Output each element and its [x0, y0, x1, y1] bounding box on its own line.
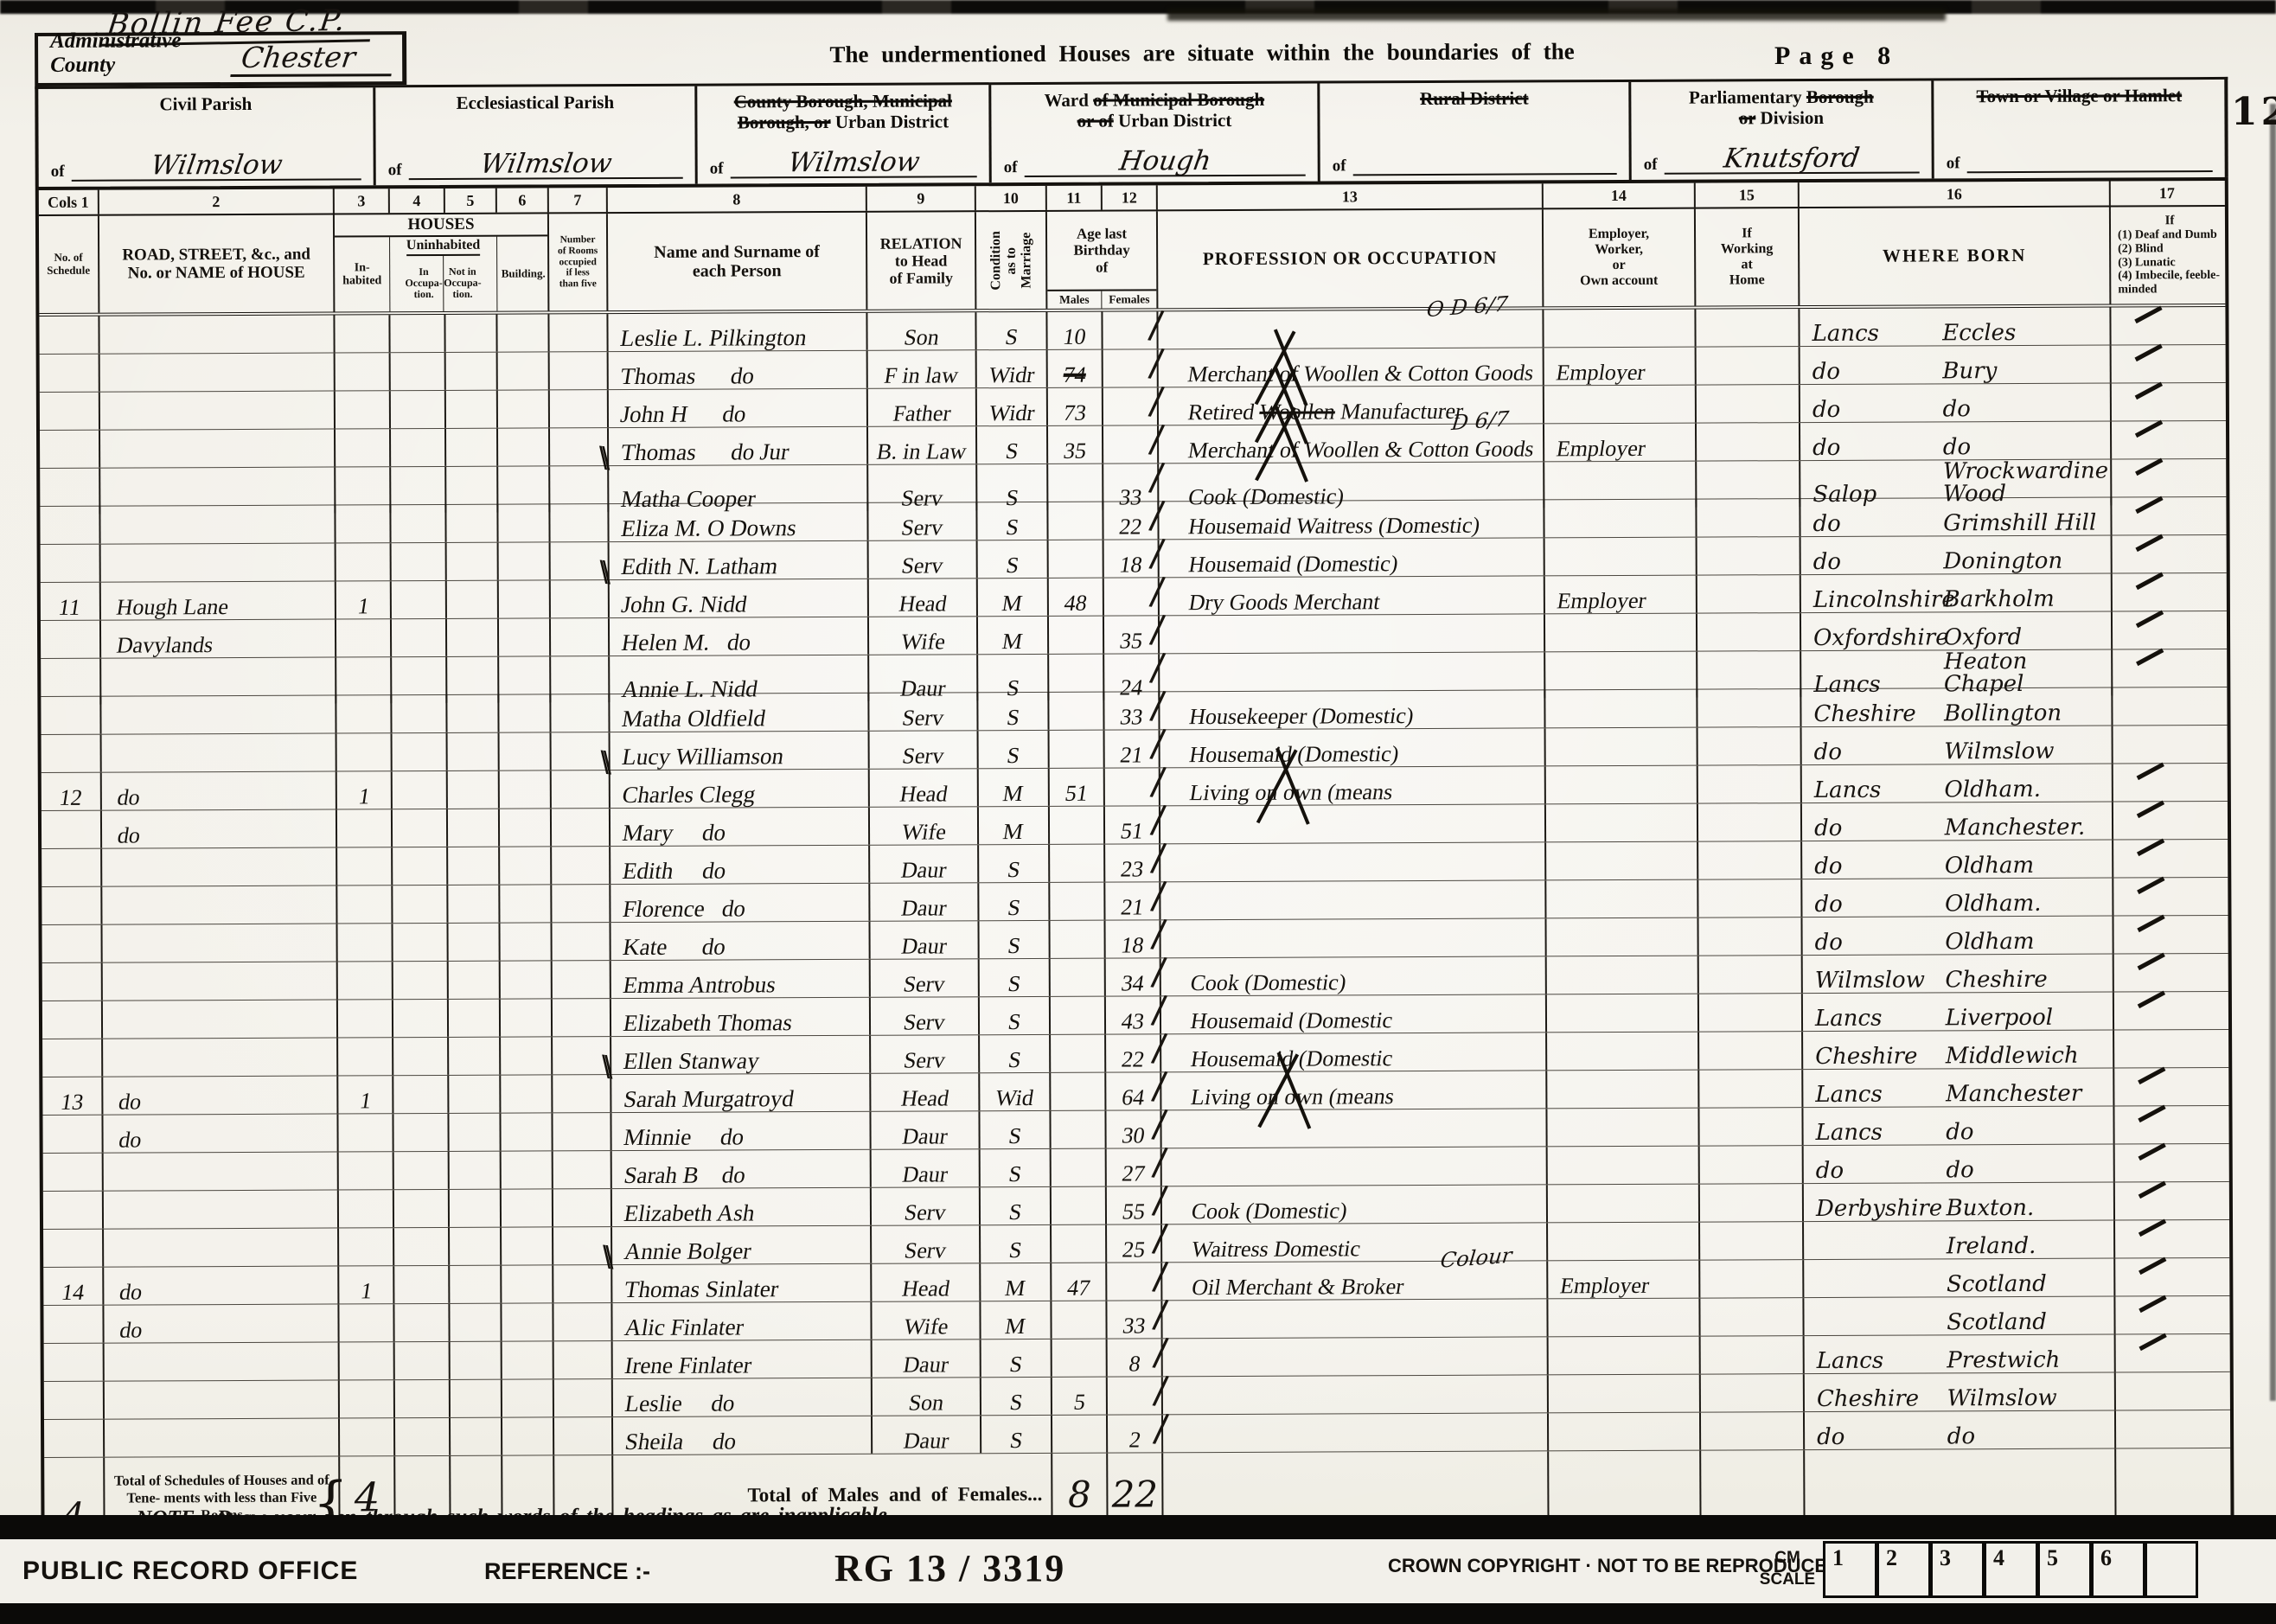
- working-at-home-cell: [1698, 841, 1802, 879]
- where-born-cell: LancsManchester: [1803, 1069, 2114, 1108]
- parish-cell-ward-of-urban-district: Ward of Municipal Boroughor of Urban Dis…: [991, 84, 1320, 183]
- uninhabited-not-in-occupation-cell: [446, 505, 498, 542]
- born-place: Barkholm: [1943, 588, 2110, 611]
- person-name-cell: Thomas do: [609, 351, 868, 389]
- infirmity-cell: [2115, 1296, 2228, 1334]
- building-cell: [497, 314, 549, 351]
- born-place: Scotland: [1947, 1311, 2113, 1334]
- infirmity-cell: [2115, 1258, 2228, 1296]
- rooms-cell: \\: [553, 1227, 612, 1264]
- age-male-cell: [1050, 807, 1105, 844]
- where-born-cell: doOldham.: [1802, 879, 2113, 917]
- occupation-cell: /Oil Merchant & BrokerColour: [1162, 1261, 1548, 1300]
- record-office-strip: PUBLIC RECORD OFFICE REFERENCE :- RG 13 …: [0, 1539, 2276, 1603]
- born-county: Wilmslow: [1803, 969, 1946, 992]
- infirmity-dash-mark: [2134, 306, 2162, 323]
- rooms-cell: [554, 1417, 613, 1455]
- schedule-number-cell: 12: [42, 773, 102, 810]
- condition-cell: M: [979, 807, 1050, 844]
- employer-cell: [1544, 500, 1697, 538]
- infirmity-cell: [2113, 573, 2225, 611]
- working-at-home-cell: [1701, 1374, 1805, 1412]
- column-number-7: 7: [549, 188, 608, 212]
- relation-cell: Father: [868, 388, 977, 426]
- parish-label-line: Ward of Municipal Borough: [998, 89, 1310, 112]
- uninhabited-not-in-occupation-cell: [450, 1266, 502, 1303]
- schedule-number-cell: [41, 621, 101, 658]
- born-county: do: [1800, 512, 1943, 535]
- employer-cell: [1545, 690, 1697, 728]
- person-name-cell: Ellen Stanway: [611, 1036, 871, 1074]
- building-cell: [500, 770, 552, 808]
- uninhabited-in-occupation-cell: [394, 1152, 450, 1189]
- inhabited-cell: [336, 619, 392, 656]
- infirmity-dash-mark: [2137, 915, 2164, 932]
- working-at-home-cell: [1698, 803, 1802, 841]
- infirmity-cell: [2113, 764, 2226, 802]
- cm-scale-label: CM SCALE: [1757, 1548, 1818, 1590]
- parish-value-line: ofKnutsford: [1644, 144, 1920, 174]
- uninhabited-in-occupation-cell: [391, 505, 446, 542]
- born-county: Lancs: [1802, 778, 1945, 802]
- employer-cell: [1546, 804, 1698, 842]
- relation-cell: Serv: [870, 731, 979, 769]
- infirmity-cell: [2112, 421, 2224, 459]
- occupation-cell: /: [1160, 842, 1546, 881]
- born-county: Cheshire: [1803, 1045, 1946, 1068]
- building-cell: [502, 1417, 554, 1455]
- relation-cell: Serv: [871, 959, 980, 997]
- person-name-cell: Charles Clegg: [611, 770, 870, 808]
- ruler-tick: 1: [1823, 1541, 1876, 1598]
- uninhabited-not-in-occupation-cell: [447, 581, 499, 618]
- born-place: do: [1943, 436, 2110, 459]
- born-county: do: [1802, 892, 1945, 916]
- born-place: Eccles: [1942, 322, 2109, 345]
- parish-label: Town or Village or Hamlet: [1940, 85, 2217, 107]
- parish-label-line: Borough, or Urban District: [704, 111, 981, 133]
- uninhabited-in-occupation-cell: [393, 962, 449, 999]
- administrative-county-label: Administrative County: [50, 29, 221, 78]
- person-name-cell: Emma Antrobus: [611, 960, 871, 998]
- page-number: Page 8: [1774, 42, 1899, 71]
- age-male-cell: [1051, 959, 1106, 996]
- uninhabited-not-in-occupation-cell: [448, 771, 500, 809]
- uninhabited-in-occupation-cell: [392, 619, 447, 656]
- infirmity-dash-mark: [2136, 611, 2164, 628]
- born-place: Manchester: [1946, 1083, 2113, 1106]
- working-at-home-cell: [1699, 1032, 1803, 1070]
- infirmity-cell: [2113, 916, 2226, 954]
- infirmity-dash-mark: [2135, 382, 2163, 400]
- condition-cell: S: [980, 1111, 1051, 1148]
- schedule-number-cell: [39, 316, 99, 354]
- relation-cell: Daur: [871, 1111, 980, 1149]
- born-county: do: [1801, 550, 1944, 573]
- uninhabited-in-occupation-cell: [393, 886, 448, 923]
- born-place: Ireland.: [1947, 1235, 2113, 1258]
- born-county: do: [1805, 1425, 1947, 1448]
- building-cell: [500, 923, 552, 960]
- building-cell: [501, 1075, 553, 1112]
- header-infirmities-item: (4) Imbecile, feeble- minded: [2118, 269, 2220, 297]
- uninhabited-in-occupation-cell: [395, 1342, 451, 1379]
- public-record-office-label: PUBLIC RECORD OFFICE: [22, 1557, 358, 1586]
- uninhabited-not-in-occupation-cell: [446, 391, 498, 428]
- inhabited-cell: [340, 1342, 395, 1379]
- where-born-cell: CheshireWilmslow: [1805, 1373, 2116, 1412]
- where-born-cell: WilmslowCheshire: [1803, 955, 2114, 994]
- born-place: Scotland: [1947, 1273, 2113, 1296]
- age-male-cell: [1050, 731, 1105, 768]
- born-county: Cheshire: [1805, 1387, 1947, 1410]
- occupation-cell: /O D 6/7: [1158, 310, 1544, 348]
- parish-value: [1967, 170, 2213, 173]
- where-born-cell: Ireland.: [1804, 1221, 2115, 1260]
- relation-cell: Daur: [873, 1416, 981, 1454]
- occupation-cell: /Dry Goods Merchant: [1160, 576, 1545, 615]
- schedule-number-cell: [43, 1306, 104, 1343]
- of-word: of: [710, 160, 724, 179]
- building-cell: [502, 1341, 554, 1378]
- working-at-home-cell: [1701, 1412, 1805, 1450]
- header-uninhabited: Uninhabited: [406, 237, 480, 256]
- rooms-cell: [549, 314, 608, 351]
- building-cell: [502, 1189, 553, 1226]
- schedule-number-cell: [40, 393, 100, 430]
- parish-label: Ecclesiastical Parish: [382, 92, 687, 114]
- header-in-occupation: In Occupa- tion.: [405, 256, 444, 312]
- uninhabited-not-in-occupation-cell: [449, 1038, 501, 1075]
- infirmity-dash-mark: [2137, 763, 2164, 780]
- building-cell: [501, 1113, 553, 1150]
- of-word: of: [1947, 154, 1960, 173]
- infirmity-cell: [2113, 535, 2225, 573]
- where-born-cell: dodo: [1800, 422, 2112, 461]
- condition-cell: S: [979, 921, 1050, 958]
- uninhabited-in-occupation-cell: [391, 391, 446, 428]
- uninhabited-in-occupation-cell: [392, 543, 447, 580]
- schedule-number-cell: [43, 1192, 104, 1229]
- employer-cell: [1549, 1413, 1701, 1451]
- uninhabited-not-in-occupation-cell: [451, 1418, 502, 1455]
- parish-label-line: Town or Village or Hamlet: [1940, 85, 2217, 107]
- where-born-cell: LincolnshireBarkholm: [1801, 574, 2113, 613]
- employer-cell: Employer: [1548, 1261, 1700, 1299]
- employer-cell: Employer: [1544, 348, 1697, 386]
- label-part: or: [1739, 107, 1756, 128]
- parish-cell-civil-parish: Civil ParishofWilmslow: [38, 87, 375, 187]
- working-at-home-cell: [1697, 499, 1800, 537]
- working-at-home-cell: [1700, 1260, 1804, 1298]
- header-employer-worker: Employer, Worker, or Own account: [1544, 209, 1696, 307]
- occupation-cell: /: [1160, 614, 1545, 653]
- condition-cell: S: [981, 1187, 1052, 1224]
- relation-cell: Wife: [870, 807, 979, 845]
- form-title: The undermentioned Houses are situate wi…: [657, 37, 1747, 68]
- uninhabited-in-occupation-cell: [393, 1114, 449, 1151]
- person-name-cell: Thomas Sinlater: [612, 1264, 872, 1302]
- building-cell: [499, 580, 551, 617]
- parish-value: Wilmslow: [408, 150, 682, 180]
- employer-cell: [1549, 1375, 1701, 1413]
- schedule-number-cell: [44, 1420, 105, 1457]
- infirmity-cell: [2114, 992, 2227, 1030]
- label-part: Ward: [1045, 90, 1094, 111]
- road-name-cell: [100, 505, 336, 543]
- parish-label-line: County Borough, Municipal: [704, 90, 981, 112]
- building-cell: [498, 352, 550, 389]
- schedule-number-cell: [44, 1382, 105, 1419]
- born-place: do: [1946, 1121, 2113, 1144]
- infirmity-dash-mark: [2138, 953, 2165, 970]
- header-infirmities: If(1) Deaf and Dumb(2) Blind(3) Lunatic(…: [2111, 207, 2223, 304]
- occupation-cell: /Housemaid (Domestic): [1160, 538, 1545, 577]
- born-place: Oldham: [1945, 930, 2112, 954]
- condition-cell: S: [978, 693, 1049, 730]
- parish-label-line: Rural District: [1327, 87, 1621, 110]
- label-part: Civil Parish: [159, 93, 252, 114]
- rooms-cell: [553, 1303, 612, 1340]
- born-county: do: [1804, 1159, 1947, 1182]
- schedule-number-cell: [44, 1344, 105, 1381]
- column-number-12: 12: [1103, 185, 1158, 209]
- born-place: Prestwich: [1947, 1349, 2113, 1372]
- age-male-cell: [1049, 693, 1104, 730]
- infirmity-dash-mark: [2135, 420, 2163, 438]
- born-place: Grimshill Hill: [1943, 512, 2110, 535]
- uninhabited-in-occupation-cell: [394, 1228, 450, 1265]
- uninhabited-in-occupation-cell: [392, 581, 447, 618]
- working-at-home-cell: [1699, 956, 1803, 994]
- road-name-cell: [103, 1038, 338, 1076]
- column-number-9: 9: [867, 186, 976, 211]
- infirmity-dash-mark: [2137, 839, 2164, 856]
- person-name-cell: Thomas do Jur: [609, 427, 868, 465]
- where-born-cell: doOldham: [1802, 841, 2113, 879]
- age-male-cell: [1051, 1111, 1106, 1148]
- relation-cell: Serv: [872, 1225, 981, 1263]
- born-place: Cheshire: [1945, 969, 2112, 992]
- occupation-cell: /Merchant of Woollen & Cotton Goods: [1159, 348, 1544, 387]
- born-place: do: [1946, 1159, 2113, 1182]
- age-male-cell: [1048, 502, 1103, 540]
- parish-value-line: ofWilmslow: [388, 150, 683, 180]
- rooms-cell: [550, 504, 609, 541]
- where-born-cell: doDonington: [1801, 536, 2113, 575]
- administrative-county-value: Chester: [231, 40, 396, 77]
- occupation-cell: /Cook (Domestic): [1161, 956, 1547, 995]
- infirmity-cell: [2113, 611, 2225, 649]
- column-number-15: 15: [1696, 182, 1800, 208]
- born-county: Lancs: [1800, 322, 1942, 345]
- relation-cell: Serv: [871, 1035, 980, 1073]
- occupation-cell: /Housemaid (Domestic): [1160, 728, 1546, 767]
- inhabited-cell: [338, 1000, 393, 1037]
- uninhabited-in-occupation-cell: [393, 924, 448, 961]
- schedule-number-cell: [42, 963, 103, 1001]
- employer-cell: [1547, 956, 1699, 994]
- inhabited-cell: 1: [338, 1076, 393, 1113]
- age-male-cell: 35: [1048, 426, 1103, 464]
- road-name-cell: [105, 1342, 340, 1380]
- parish-cell-parliamentary-division: Parliamentary Boroughor DivisionofKnutsf…: [1631, 80, 1934, 180]
- born-place: Bollington: [1944, 702, 2111, 726]
- employer-cell: [1544, 386, 1697, 424]
- age-male-cell: [1052, 1187, 1107, 1224]
- occupation-cell: /Cook (Domestic): [1162, 1185, 1548, 1224]
- condition-cell: Wid: [980, 1073, 1051, 1110]
- uninhabited-not-in-occupation-cell: [450, 1190, 502, 1227]
- header-age-group: Age last Birthday of Males Females: [1047, 211, 1158, 309]
- working-at-home-cell: [1698, 727, 1802, 765]
- occupation-cell: /: [1160, 880, 1546, 919]
- person-name-cell: Florence do: [611, 884, 870, 922]
- born-place: Donington: [1943, 550, 2110, 573]
- born-place: do: [1943, 398, 2110, 421]
- header-infirmities-item: (1) Deaf and Dumb: [2118, 228, 2217, 242]
- condition-cell: S: [980, 1035, 1051, 1072]
- person-name-cell: Edith N. Latham: [610, 541, 869, 579]
- employer-cell: [1546, 766, 1698, 804]
- inhabited-cell: [337, 809, 393, 847]
- ruler-tick: 2: [1876, 1541, 1930, 1598]
- of-word: of: [1004, 158, 1018, 177]
- born-county: Derbyshire: [1804, 1197, 1947, 1220]
- schedule-number-cell: [42, 1039, 103, 1077]
- occupation-cell: /: [1160, 804, 1546, 843]
- born-place: Bury: [1942, 360, 2109, 383]
- schedule-number-cell: 13: [42, 1077, 103, 1115]
- rooms-cell: [551, 694, 610, 732]
- parish-label: Ward of Municipal Boroughor of Urban Dis…: [998, 89, 1310, 132]
- born-county: do: [1800, 360, 1943, 383]
- uninhabited-in-occupation-cell: [391, 353, 446, 390]
- rooms-cell: [550, 390, 609, 427]
- relation-cell: F in law: [868, 350, 977, 388]
- born-county: Cheshire: [1801, 702, 1944, 726]
- uninhabited-not-in-occupation-cell: [449, 962, 501, 999]
- parish-value: Knutsford: [1664, 144, 1919, 174]
- condition-cell: M: [981, 1263, 1052, 1301]
- road-name-cell: [103, 1000, 338, 1038]
- employer-cell: [1544, 310, 1696, 348]
- born-place: Middlewich: [1946, 1045, 2113, 1068]
- born-county: do: [1802, 854, 1945, 878]
- where-born-cell: dodo: [1800, 384, 2112, 423]
- infirmity-cell: [2116, 1372, 2228, 1410]
- relation-cell: Serv: [869, 693, 978, 731]
- age-male-cell: 5: [1052, 1378, 1108, 1415]
- inhabited-cell: [338, 1114, 393, 1151]
- infirmity-cell: [2113, 726, 2226, 764]
- condition-cell: M: [978, 579, 1049, 616]
- uninhabited-in-occupation-cell: [391, 429, 446, 466]
- building-cell: [500, 885, 552, 922]
- building-cell: [501, 999, 553, 1036]
- occupation-part: Manufacturer: [1333, 399, 1465, 425]
- occupation-cell: /Housemaid (Domestic: [1161, 1033, 1547, 1071]
- infirmity-cell: [2114, 1030, 2227, 1068]
- where-born-cell: CheshireMiddlewich: [1803, 1031, 2114, 1070]
- infirmity-cell: [2114, 1068, 2227, 1106]
- working-at-home-cell: [1696, 309, 1800, 347]
- road-name-cell: do: [104, 1304, 339, 1342]
- person-name-cell: Matha Oldfield: [610, 694, 869, 732]
- infirmity-dash-mark: [2136, 572, 2164, 590]
- road-name-cell: [100, 391, 336, 429]
- occupation-part: Woollen: [1257, 399, 1337, 424]
- condition-cell: S: [979, 883, 1050, 920]
- born-place: Manchester.: [1945, 816, 2112, 840]
- infirmity-cell: [2112, 345, 2224, 383]
- ruler-tick: 3: [1930, 1541, 1984, 1598]
- header-relation: RELATION to Head of Family: [867, 212, 976, 310]
- margin-folio-number: 123: [2231, 90, 2276, 134]
- rooms-cell: [553, 1189, 612, 1226]
- person-name-cell: Sheila do: [613, 1416, 873, 1455]
- uninhabited-in-occupation-cell: [393, 809, 448, 847]
- road-name-cell: do: [103, 1114, 338, 1152]
- road-name-cell: [101, 695, 336, 733]
- uninhabited-not-in-occupation-cell: [451, 1342, 502, 1379]
- occupation-part: Retired: [1186, 400, 1262, 425]
- parish-value-line: of: [1333, 156, 1617, 176]
- road-name-cell: [105, 1418, 340, 1456]
- inhabited-cell: [336, 505, 391, 542]
- rooms-cell: [553, 999, 611, 1036]
- building-cell: [501, 961, 553, 998]
- working-at-home-cell: [1700, 1184, 1804, 1222]
- person-name-cell: John G. Nidd: [610, 579, 869, 617]
- where-born-cell: doBury: [1800, 346, 2112, 385]
- born-county: Lancs: [1805, 1349, 1947, 1372]
- where-born-cell: doOldham: [1802, 917, 2113, 956]
- label-part: Ecclesiastical Parish: [457, 92, 615, 113]
- uninhabited-in-occupation-cell: [394, 1304, 450, 1341]
- uninhabited-not-in-occupation-cell: [448, 886, 500, 923]
- schedule-number-cell: [40, 507, 100, 544]
- working-at-home-cell: [1700, 1298, 1804, 1336]
- schedule-number-cell: [43, 1230, 104, 1267]
- employer-cell: [1545, 614, 1697, 652]
- where-born-cell: DerbyshireBuxton.: [1804, 1183, 2115, 1222]
- working-at-home-cell: [1700, 1222, 1804, 1260]
- infirmity-dash-mark: [2139, 1333, 2166, 1351]
- rooms-cell: [552, 923, 611, 960]
- schedule-number-cell: [40, 355, 100, 392]
- occupation-cell: /: [1162, 1147, 1548, 1186]
- parish-value: Wilmslow: [730, 149, 976, 178]
- age-male-cell: [1051, 997, 1106, 1034]
- header-uninhabited-group: Uninhabited In Occupa- tion. Not in Occu…: [390, 237, 497, 312]
- working-at-home-cell: [1699, 1108, 1803, 1146]
- label-part: of Municipal Borough: [1093, 89, 1264, 111]
- building-cell: [499, 542, 551, 579]
- relation-cell: Wife: [872, 1301, 981, 1339]
- road-name-cell: [103, 962, 338, 1000]
- born-place: Liverpool: [1946, 1007, 2113, 1030]
- header-infirmities-item: (2) Blind: [2118, 242, 2164, 256]
- occupation-cell: /Housekeeper (Domestic): [1160, 690, 1545, 729]
- person-name-cell: Mary do: [611, 808, 870, 846]
- parish-label: Civil Parish: [45, 93, 366, 115]
- inhabited-cell: [339, 1152, 394, 1189]
- header-age-last-birthday: Age last Birthday of: [1047, 211, 1156, 290]
- relation-cell: Daur: [872, 1149, 981, 1187]
- uninhabited-in-occupation-cell: [390, 315, 445, 352]
- employer-cell: [1548, 1299, 1700, 1337]
